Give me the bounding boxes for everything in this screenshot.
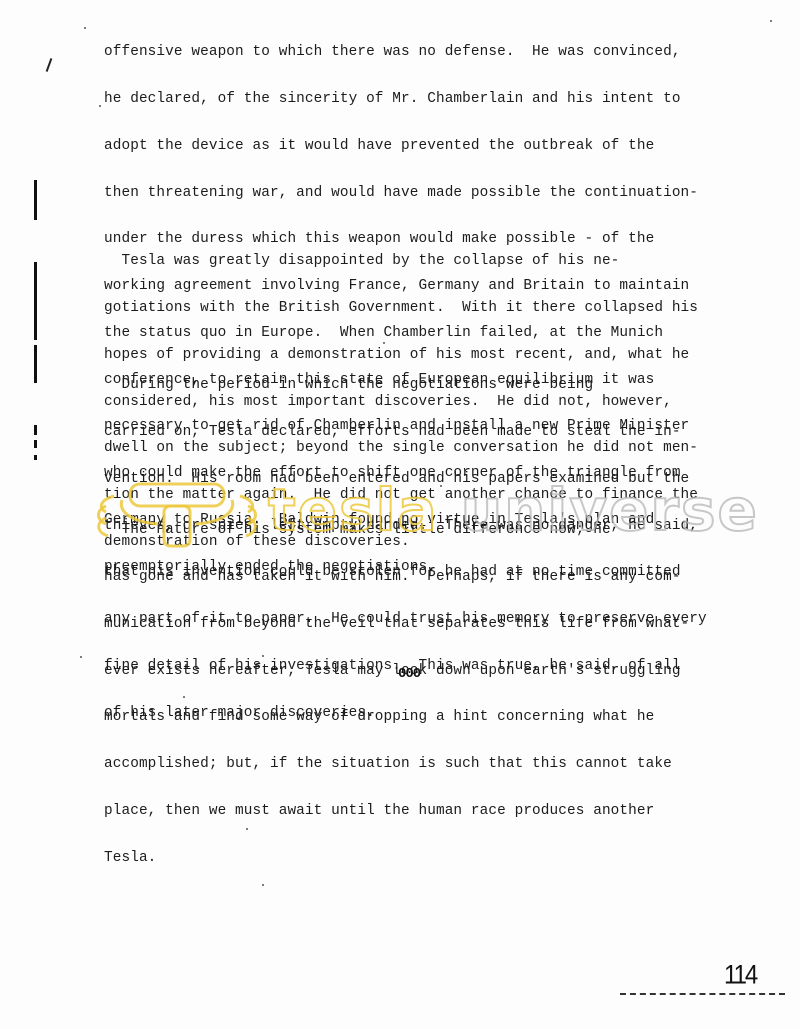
text-line: gotiations with the British Government. … xyxy=(104,301,698,317)
footer-rule xyxy=(620,993,785,995)
text-line: place, then we must await until the huma… xyxy=(104,804,689,820)
margin-bar xyxy=(34,180,37,220)
text-line: Tesla was greatly disappointed by the co… xyxy=(104,254,698,270)
margin-bar xyxy=(34,425,37,435)
margin-bar xyxy=(34,455,37,460)
scan-speck xyxy=(246,828,248,830)
text-line: then threatening war, and would have mad… xyxy=(104,186,698,202)
margin-bar xyxy=(34,440,37,448)
margin-bar xyxy=(34,262,37,340)
scan-speck xyxy=(99,105,101,107)
text-line: adopt the device as it would have preven… xyxy=(104,139,698,155)
scan-speck xyxy=(262,655,264,657)
text-line: munication from beyond the veil that sep… xyxy=(104,617,689,633)
text-line: offensive weapon to which there was no d… xyxy=(104,45,698,61)
scan-speck xyxy=(80,656,82,658)
scan-speck xyxy=(440,485,442,487)
margin-mark xyxy=(46,58,53,72)
text-line: accomplished; but, if the situation is s… xyxy=(104,757,689,773)
text-line: has gone and has taken it with him. Perh… xyxy=(104,570,689,586)
text-line: ever exists hereafter, Tesla may look do… xyxy=(104,664,689,680)
scan-speck xyxy=(383,342,385,344)
scan-speck xyxy=(262,884,264,886)
paragraph-4: The nature of his system makes little di… xyxy=(104,492,689,897)
text-line: carried on, Tesla declared, efforts had … xyxy=(104,425,707,441)
text-line: Tesla. xyxy=(104,851,689,867)
end-mark: 000 xyxy=(398,666,420,682)
scan-speck xyxy=(84,27,86,29)
scan-speck xyxy=(770,20,772,22)
text-line: vention. His room had been entered and h… xyxy=(104,472,707,488)
text-line: During the period in which the negotiati… xyxy=(104,378,707,394)
text-line: he declared, of the sincerity of Mr. Cha… xyxy=(104,92,698,108)
margin-bar xyxy=(34,345,37,383)
document-page: offensive weapon to which there was no d… xyxy=(0,0,800,1029)
page-number: 114 xyxy=(724,961,756,992)
text-line: mortals and find some way of dropping a … xyxy=(104,710,689,726)
text-line: The nature of his system makes little di… xyxy=(104,523,689,539)
scan-speck xyxy=(183,696,185,698)
